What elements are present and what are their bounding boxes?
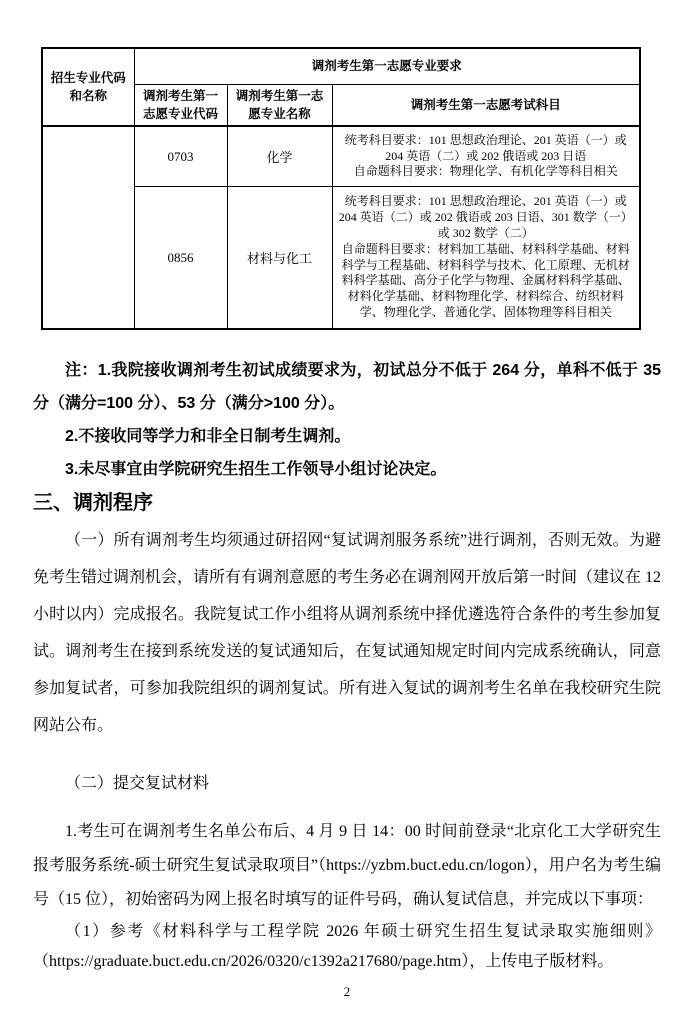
major-code-cell: 0703 xyxy=(134,126,227,187)
paragraph-login-instructions: 1.考生可在调剂考生名单公布后、4 月 9 日 14：00 时间前登录“北京化工… xyxy=(33,815,661,917)
section-heading-transfer-procedure: 三、调剂程序 xyxy=(33,488,661,518)
transfer-requirements-table: 招生专业代码 和名称 调剂考生第一志愿专业要求 调剂考生第一 志愿专业代码 调剂… xyxy=(41,47,641,330)
page-content: 招生专业代码 和名称 调剂考生第一志愿专业要求 调剂考生第一 志愿专业代码 调剂… xyxy=(0,47,694,977)
note-1: 注：1.我院接收调剂考生初试成绩要求为，初试总分不低于 264 分，单科不低于 … xyxy=(33,354,661,420)
paragraph-upload-materials: （1）参考《材料科学与工程学院 2026 年硕士研究生招生复试录取实施细则》（h… xyxy=(33,917,661,977)
table-row: 0703 化学 统考科目要求：101 思想政治理论、201 英语（一）或 204… xyxy=(42,126,640,187)
page-number: 2 xyxy=(0,984,694,1000)
major-code-cell: 0856 xyxy=(134,187,227,329)
sub-heading-submit-materials: （二）提交复试材料 xyxy=(33,765,661,802)
note-3: 3.未尽事宜由学院研究生招生工作领导小组讨论决定。 xyxy=(33,453,661,486)
paragraph-transfer-system: （一）所有调剂考生均须通过研招网“复试调剂服务系统”进行调剂，否则无效。为避免考… xyxy=(33,522,661,744)
exam-subjects-cell: 统考科目要求：101 思想政治理论、201 英语（一）或 204 英语（二）或 … xyxy=(332,126,640,187)
notes-block: 注：1.我院接收调剂考生初试成绩要求为，初试总分不低于 264 分，单科不低于 … xyxy=(33,354,661,486)
header-first-choice-major-name: 调剂考生第一志 愿专业名称 xyxy=(227,84,332,126)
exam-subjects-cell: 统考科目要求：101 思想政治理论、201 英语（一）或 204 英语（二）或 … xyxy=(332,187,640,329)
self-proposed-exam-subjects: 自命题科目要求：物理化学、有机化学等科目相关 xyxy=(339,164,634,180)
document-page: 招生专业代码 和名称 调剂考生第一志愿专业要求 调剂考生第一 志愿专业代码 调剂… xyxy=(0,0,694,1012)
header-admission-code-and-name: 招生专业代码 和名称 xyxy=(42,48,134,126)
unified-exam-subjects: 统考科目要求：101 思想政治理论、201 英语（一）或 204 英语（二）或 … xyxy=(339,194,634,241)
major-name-cell: 化学 xyxy=(227,126,332,187)
major-name-cell: 材料与化工 xyxy=(227,187,332,329)
admission-code-cell-empty xyxy=(42,126,134,329)
header-first-choice-exam-subjects: 调剂考生第一志愿考试科目 xyxy=(332,84,640,126)
header-first-choice-major-code: 调剂考生第一 志愿专业代码 xyxy=(134,84,227,126)
self-proposed-exam-subjects: 自命题科目要求：材料加工基础、材料科学基础、材料科学与工程基础、材料科学与技术、… xyxy=(339,242,634,321)
note-2: 2.不接收同等学力和非全日制考生调剂。 xyxy=(33,420,661,453)
unified-exam-subjects: 统考科目要求：101 思想政治理论、201 英语（一）或 204 英语（二）或 … xyxy=(339,133,634,165)
header-first-choice-requirement-group: 调剂考生第一志愿专业要求 xyxy=(134,48,640,84)
